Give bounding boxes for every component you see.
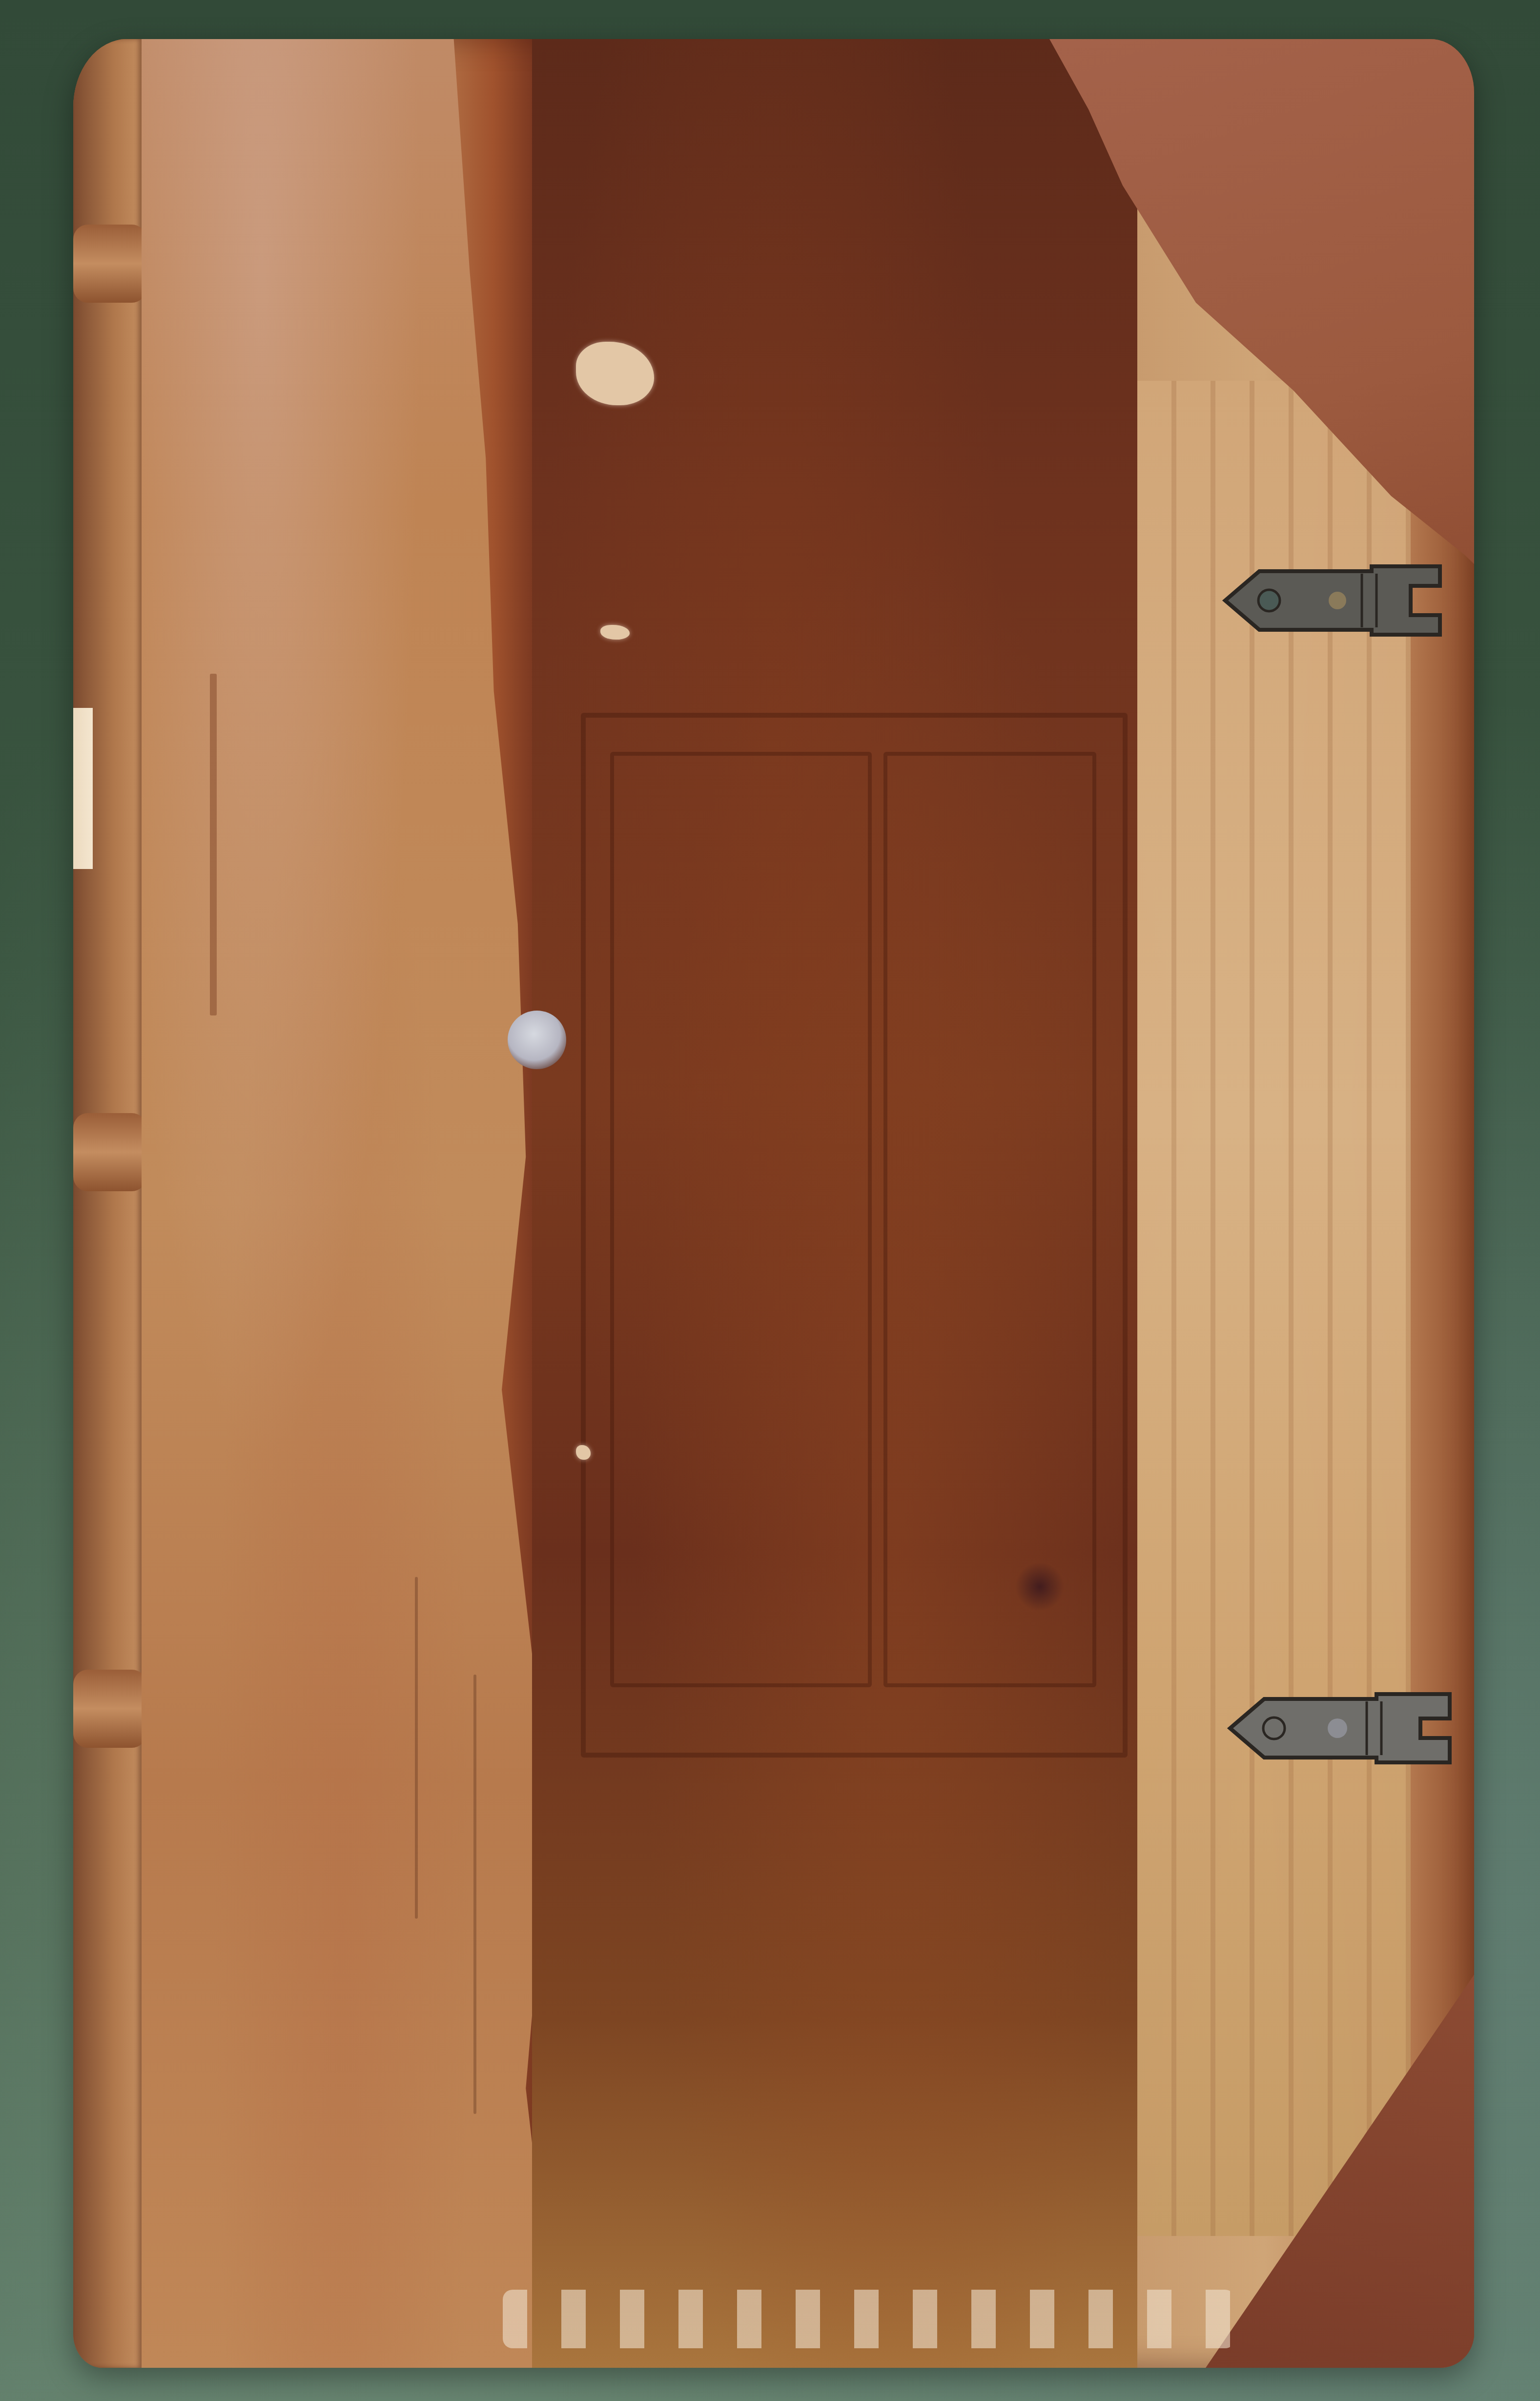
dark-stain [1015,1562,1064,1611]
blind-tooled-panel-left [610,752,872,1687]
blind-tooled-panel-right [883,752,1096,1687]
lower-clasp-icon [1220,1679,1464,1777]
outer-leather-strip [142,39,542,2368]
spine-raised-band [73,1113,146,1191]
spine-paper-tab [73,708,93,869]
tooled-ornament-strip [1137,381,1411,2236]
spine-ridge [210,674,217,1015]
leather-crease [473,1675,476,2114]
spine-raised-band [73,225,146,303]
spine-edge [73,39,142,2368]
leather-crease [415,1577,418,1919]
upper-clasp-icon [1215,552,1459,649]
nail-hole [508,1011,566,1069]
book-cover [73,39,1474,2368]
worn-bottom-edge [503,2290,1235,2348]
photo-scene [0,0,1540,2401]
spine-raised-band [73,1670,146,1748]
